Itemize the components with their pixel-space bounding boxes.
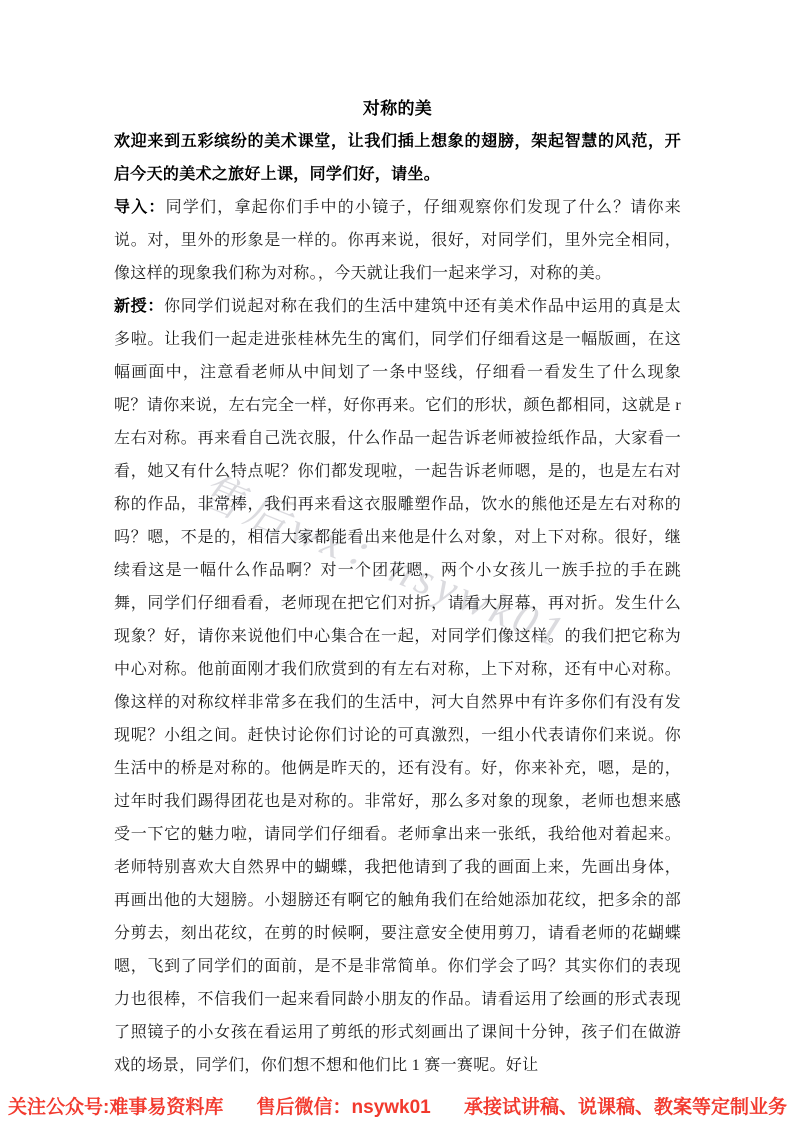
- intro-paragraph: 欢迎来到五彩缤纷的美术课堂，让我们插上想象的翅膀，架起智慧的风范，开启今天的美术…: [114, 125, 681, 191]
- document-body: 对称的美 欢迎来到五彩缤纷的美术课堂，让我们插上想象的翅膀，架起智慧的风范，开启…: [0, 0, 793, 1082]
- paragraph-xinshou: 新授：你同学们说起对称在我们的生活中建筑中还有美术作品中运用的真是太多啦。让我们…: [114, 290, 681, 1082]
- paragraph-text-xinshou: 你同学们说起对称在我们的生活中建筑中还有美术作品中运用的真是太多啦。让我们一起走…: [114, 298, 681, 1074]
- footer-wechat-contact: 售后微信：nsywk01: [257, 1092, 431, 1119]
- footer-services: 承接试讲稿、说课稿、教案等定制业务: [464, 1092, 787, 1119]
- paragraph-label-xinshou: 新授：: [114, 298, 164, 315]
- paragraph-label-daoru: 导入：: [114, 199, 166, 216]
- document-page: 售后wx：nsywk01 对称的美 欢迎来到五彩缤纷的美术课堂，让我们插上想象的…: [0, 0, 793, 1122]
- paragraph-text-daoru: 同学们，拿起你们手中的小镜子，仔细观察你们发现了什么？请你来说。对，里外的形象是…: [114, 199, 681, 282]
- paragraph-daoru: 导入：同学们，拿起你们手中的小镜子，仔细观察你们发现了什么？请你来说。对，里外的…: [114, 191, 681, 290]
- promo-footer: 关注公众号:难事易资料库 售后微信：nsywk01 承接试讲稿、说课稿、教案等定…: [8, 1092, 787, 1119]
- footer-public-account: 关注公众号:难事易资料库: [8, 1092, 223, 1119]
- page-title: 对称的美: [114, 92, 681, 125]
